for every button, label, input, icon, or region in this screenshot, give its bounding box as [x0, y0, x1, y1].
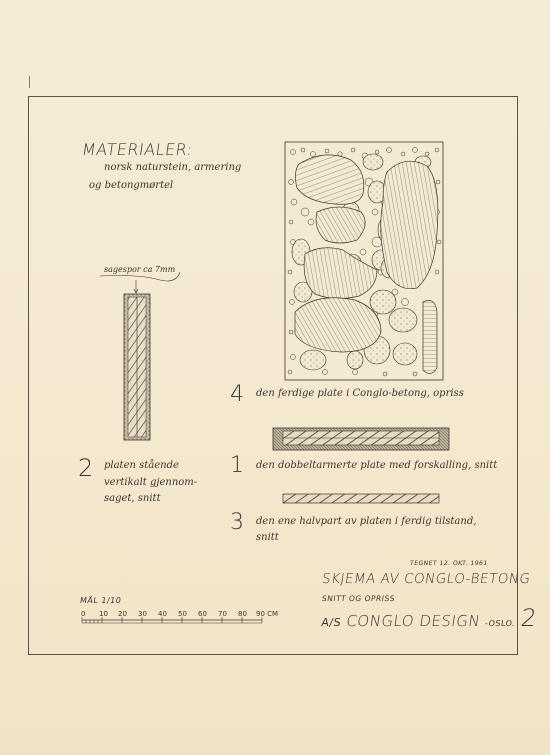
item-1-caption: den dobbeltarmerte plate med forskalling… — [256, 460, 497, 471]
drawing-subtitle: SNITT OG OPRISS — [321, 594, 395, 603]
item-2-caption-line-2: vertikalt gjennom- — [104, 477, 197, 488]
company-prefix: A/S — [320, 616, 342, 629]
vertical-section-drawing — [124, 294, 150, 440]
drawing-title: SKJEMA AV CONGLO-BETONG — [321, 571, 532, 587]
company-name: CONGLO DESIGN — [345, 612, 481, 630]
item-3-number: 3 — [230, 510, 244, 535]
scale-label: MÅL 1/10 — [79, 596, 122, 605]
company-city: -OSLO. — [484, 619, 515, 628]
drawing-sheet: MATERIALER: norsk naturstein, armering o… — [0, 0, 550, 755]
scale-bar — [80, 617, 270, 625]
company-line: A/S CONGLO DESIGN -OSLO. 2 — [320, 604, 539, 632]
item-3-caption-line-1: den ene halvpart av platen i ferdig tils… — [256, 516, 476, 527]
half-slab-section — [283, 494, 439, 503]
item-2-number: 2 — [78, 454, 93, 482]
annotation-leader-line — [0, 0, 550, 755]
slab-section-with-formwork — [273, 428, 449, 450]
item-2-caption-line-3: saget, snitt — [104, 493, 161, 504]
item-4-caption: den ferdige plate i Conglo-betong, opris… — [256, 388, 464, 399]
drawn-date: TEGNET 12. OKT. 1961 — [410, 560, 489, 567]
item-2-caption-line-1: platen stående — [104, 460, 179, 471]
item-1-number: 1 — [230, 453, 244, 478]
item-4-number: 4 — [230, 382, 244, 407]
item-3-caption-line-2: snitt — [256, 532, 279, 543]
conglo-panel-elevation — [285, 142, 443, 380]
